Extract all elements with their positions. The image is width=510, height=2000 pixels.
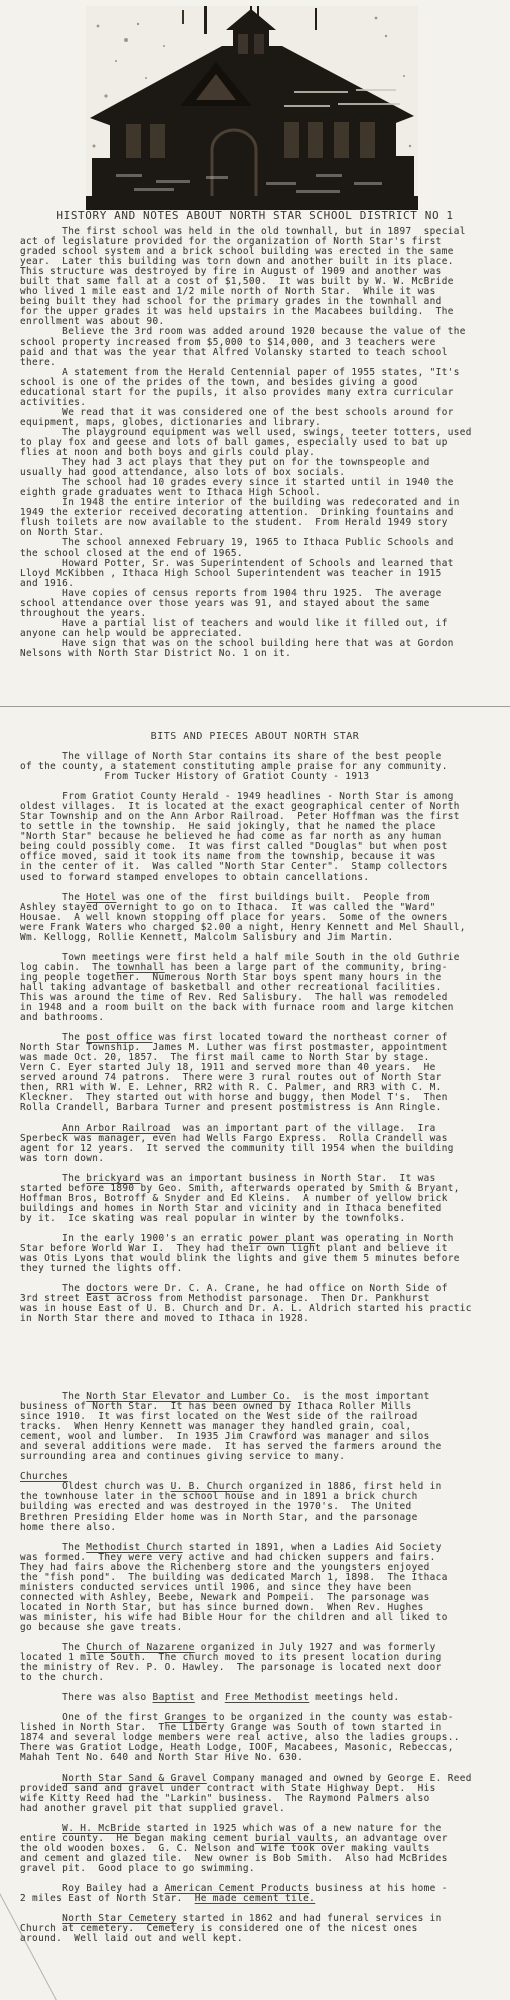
paragraph: A statement from the Herald Centennial p… <box>20 368 498 408</box>
paragraph: The Church of Nazarene organized in July… <box>20 1643 498 1683</box>
paragraph: W. H. McBride started in 1925 which was … <box>20 1824 498 1874</box>
paragraph: The post office was first located toward… <box>20 1033 498 1113</box>
scanned-document-page: HISTORY AND NOTES ABOUT NORTH STAR SCHOO… <box>0 0 510 2000</box>
bits-and-pieces-section-lower: The North Star Elevator and Lumber Co. i… <box>20 1392 498 1954</box>
section-title: BITS AND PIECES ABOUT NORTH STAR <box>0 731 510 742</box>
paragraph: The school had 10 grades every since it … <box>20 478 498 498</box>
paragraph: They had 3 act plays that they put on fo… <box>20 458 498 478</box>
paragraph: The village of North Star contains its s… <box>20 752 498 782</box>
paragraph: Churches Oldest church was U. B. Church … <box>20 1472 498 1532</box>
bits-and-pieces-section-upper: The village of North Star contains its s… <box>20 752 498 1334</box>
page-divider <box>0 706 510 707</box>
paragraph: Have a partial list of teachers and woul… <box>20 619 498 639</box>
paragraph: North Star Sand & Gravel Company managed… <box>20 1774 498 1814</box>
paragraph: We read that it was considered one of th… <box>20 408 498 428</box>
school-building-illustration <box>86 6 418 210</box>
paragraph: Roy Bailey had a American Cement Product… <box>20 1884 498 1904</box>
paragraph: In 1948 the entire interior of the build… <box>20 498 498 538</box>
paragraph: The Methodist Church started in 1891, wh… <box>20 1543 498 1633</box>
paragraph: The brickyard was an important business … <box>20 1174 498 1224</box>
paragraph: Howard Potter, Sr. was Superintendent of… <box>20 559 498 589</box>
paragraph: In the early 1900's an erratic power pla… <box>20 1234 498 1274</box>
paragraph: The school annexed February 19, 1965 to … <box>20 538 498 558</box>
paragraph: The North Star Elevator and Lumber Co. i… <box>20 1392 498 1462</box>
paragraph: North Star Cemetery started in 1862 and … <box>20 1914 498 1944</box>
school-building-photo <box>86 6 418 210</box>
paragraph: There was also Baptist and Free Methodis… <box>20 1693 498 1703</box>
photo-caption: HISTORY AND NOTES ABOUT NORTH STAR SCHOO… <box>0 209 510 222</box>
paragraph: Have copies of census reports from 1904 … <box>20 589 498 619</box>
paragraph: The first school was held in the old tow… <box>20 227 498 327</box>
paragraph: The Hotel was one of the first buildings… <box>20 893 498 943</box>
paragraph: One of the first Granges to be organized… <box>20 1713 498 1763</box>
paragraph: The doctors were Dr. C. A. Crane, he had… <box>20 1284 498 1324</box>
paragraph: Believe the 3rd room was added around 19… <box>20 327 498 367</box>
paragraph: Have sign that was on the school buildin… <box>20 639 498 659</box>
history-notes-section: The first school was held in the old tow… <box>20 227 498 659</box>
paragraph: Ann Arbor Railroad was an important part… <box>20 1124 498 1164</box>
paragraph: Town meetings were first held a half mil… <box>20 953 498 1023</box>
paragraph: The playground equipment was well used, … <box>20 428 498 458</box>
paragraph: From Gratiot County Herald - 1949 headli… <box>20 792 498 882</box>
